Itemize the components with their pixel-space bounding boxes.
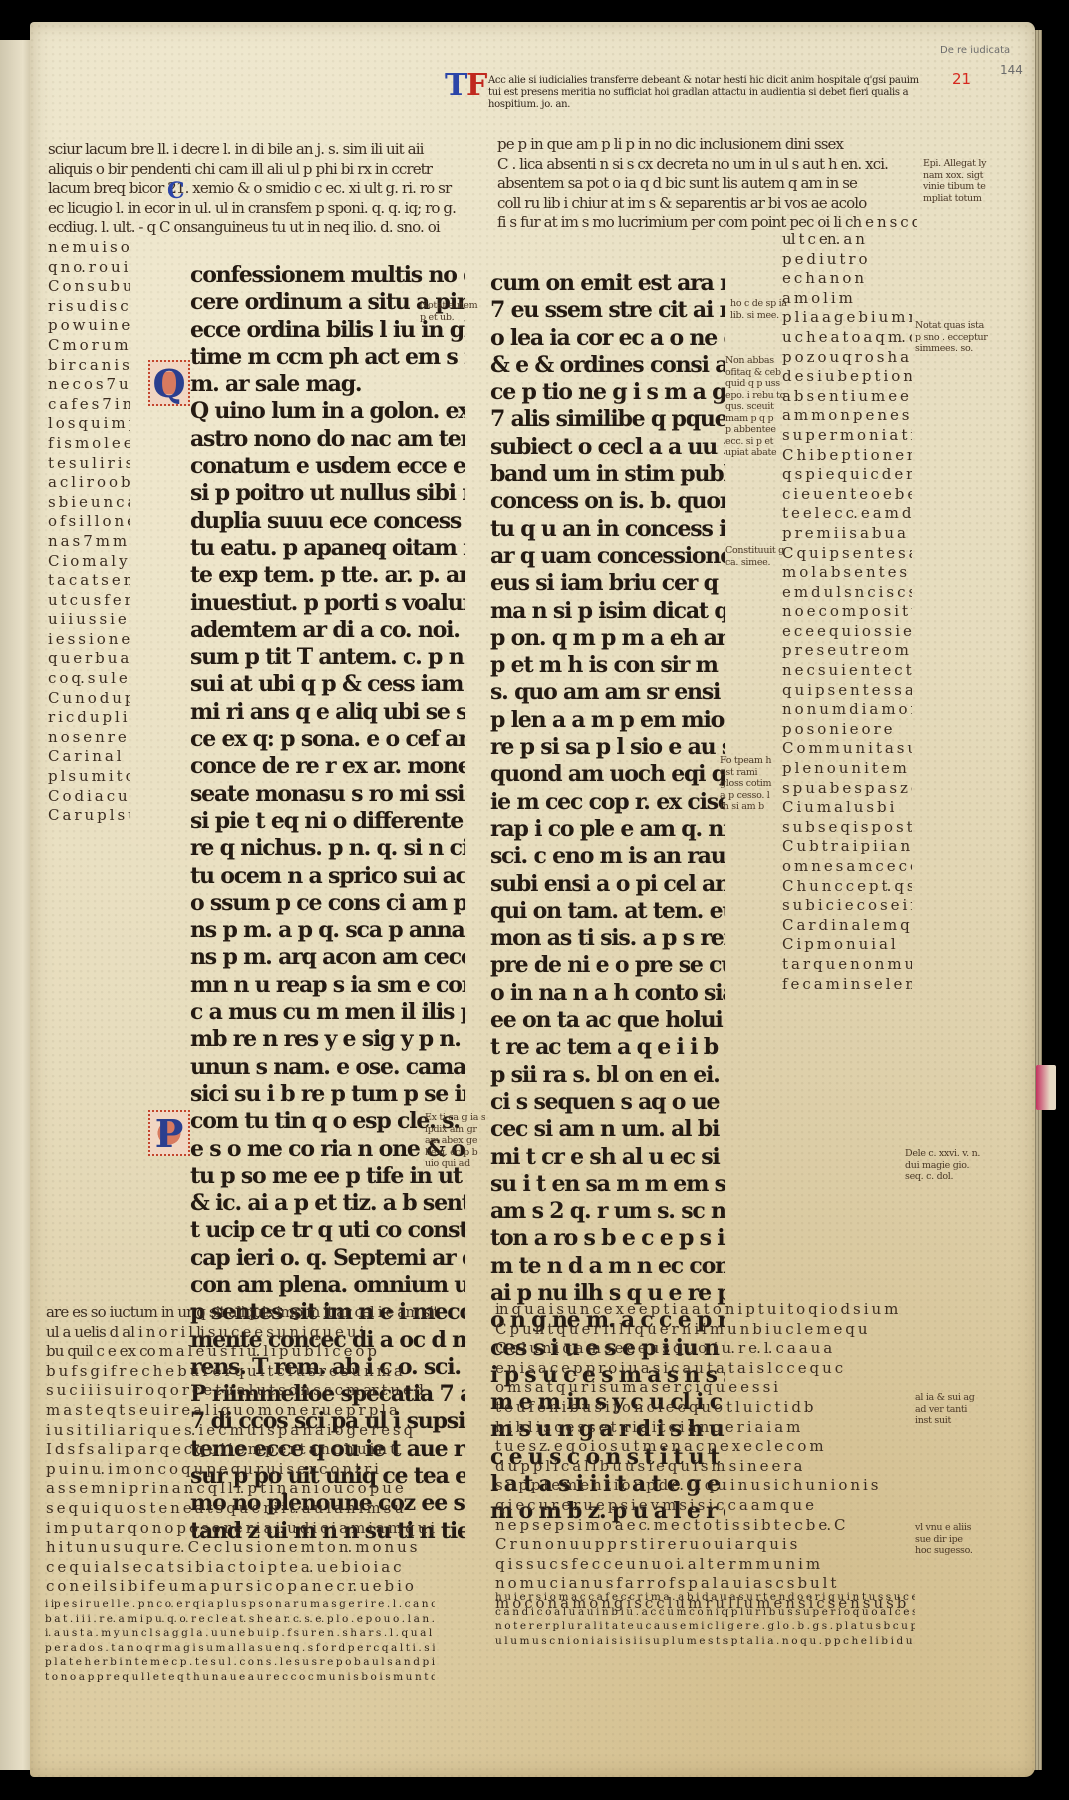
text-line: unun s nam. e ose. cama lig o xyxy=(190,1054,465,1081)
text-line: C i o m a l y c e xyxy=(48,552,130,572)
text-line: c e q u i a l s e c a t s i b i a c t o … xyxy=(46,1558,436,1578)
text-line: C . lica absenti n si s cx decreta no um… xyxy=(497,155,917,175)
text-line: e c e e q u i o s s i e n e xyxy=(782,622,912,642)
text-line: r i s u d i s c f e r a xyxy=(48,297,130,317)
text-line: cum on emit est ara m. a p b i xyxy=(490,270,725,297)
text-line: sui at ubi q p & cess iam re p o xyxy=(190,671,465,698)
text-line: sum p tit T antem. c. p n. q o ss; xyxy=(190,644,465,671)
text-line: d u p p l i c a l i b u u s i e q u i s … xyxy=(495,1457,915,1477)
text-line: h u i e r s i o m a c c a f e c c r i m … xyxy=(495,1590,915,1605)
text-line: cap ieri o. q. Septemi ar dia c xyxy=(190,1245,465,1272)
text-line: a b s e n t i u m e e u xyxy=(782,387,912,407)
marginal-note: Notat autemp et ub. xyxy=(420,300,495,323)
text-line: eus si iam briu cer q consi xyxy=(490,570,725,597)
text-line: seq. c. dol. xyxy=(905,1171,1005,1183)
text-line: subiect o cecl a a uu in o q c p xyxy=(490,434,725,461)
text-line: q i e c u r e r u e p s i e v m s i s i … xyxy=(495,1496,915,1516)
text-line: rap i co ple e am q. nieo a p sen ee xyxy=(490,816,725,843)
text-line: tu p so me ee p tife in ut tum ie xyxy=(190,1163,465,1190)
text-line: s u c i i i s u i r o q o r c e t u a l … xyxy=(46,1381,436,1401)
text-line: absentem sa pot o ia q d bic sunt lis au… xyxy=(497,174,917,194)
text-line: p r e m i i s a b u a xyxy=(782,524,912,544)
text-line: C a r d i n a l e m q xyxy=(782,916,912,936)
text-line: ce p tio ne g i s m a g s le ca m y s xyxy=(490,379,725,406)
marginal-note: Epi. Allegat lynam xox. sigtvinie tibum … xyxy=(923,158,1015,204)
text-line: n o t e r e r p l u r a l i t a t e u c … xyxy=(495,1619,915,1634)
text-line: al ia & sui ag xyxy=(915,1392,1000,1404)
text-line: Ex ti ca g ia s xyxy=(425,1112,485,1124)
top-gloss-left: sciur lacum bre ll. i decre l. in di bil… xyxy=(48,140,478,238)
text-line: subi ensi a o pi cel an d sin e si xyxy=(490,871,725,898)
marginal-note: al ia & sui agad ver tantiinst suit xyxy=(915,1392,1000,1427)
marginal-note: Constituuit gca. simee. xyxy=(725,545,790,568)
text-line: inuestiut. p porti s voalum xyxy=(190,590,465,617)
text-line: t u e s z. e q o i o s u t m e n a c p e… xyxy=(495,1437,915,1457)
text-line: l o s q u i m p e r i o xyxy=(48,414,130,434)
text-line: sici su i b re p tum p se im eni is xyxy=(190,1081,465,1108)
text-line: simmees. so. xyxy=(915,343,1010,355)
text-line: Fo tpeam h xyxy=(720,755,785,767)
marginal-note: Non abbasofitaq & cebquid q p ussepo. i … xyxy=(725,355,790,459)
text-line: p len a a m p em mio sso ean e xyxy=(490,707,725,734)
text-line: epo. i rebu to xyxy=(725,390,790,402)
text-line: t e u f e n i b u s i t o n c i e c q u … xyxy=(495,1398,915,1418)
text-line: Non abbas xyxy=(725,355,790,367)
text-line: r i c d u p l i c i xyxy=(48,708,130,728)
left-margin-gloss: n e m u i s o n oq n o. r o u i s c t eC… xyxy=(48,238,130,826)
text-line: band um in stim publicam xyxy=(490,461,725,488)
text-line: pre de ni e o pre se cu ta t e p 20 ie xyxy=(490,952,725,979)
text-line: C a r i n a l xyxy=(48,747,130,767)
text-line: i u s i t i l i a r i q u e s. i e c m u… xyxy=(46,1421,436,1441)
text-line: b i b l i s c e s s e t u i a i t c i a … xyxy=(495,1418,915,1438)
text-line: m te n d a m n ec con s i i a m o q o xyxy=(490,1253,725,1280)
text-line: u c h e a t o a q m. c. xyxy=(782,328,912,348)
text-line: n e c s u i e n t e c t t i e xyxy=(782,661,912,681)
marginal-note: Notat quas istap sno . ecceptursimmees. … xyxy=(915,320,1010,355)
text-line: ecdiug. l. ult. - q C onsanguineus tu ut… xyxy=(48,218,478,238)
text-line: sciur lacum bre ll. i decre l. in di bil… xyxy=(48,140,478,160)
text-line: a m o l i m xyxy=(782,289,912,309)
text-line: m a s t e q t s e u i r e a l i q u o m … xyxy=(46,1401,436,1421)
bottom-gloss-left: are es so iuctum in ur q sit aliquis imp… xyxy=(46,1303,436,1597)
text-line: n e m u i s o n o xyxy=(48,238,130,258)
text-line: tu ocem n a sprico sui ac s ein xyxy=(190,863,465,890)
text-line: e c h a n o n xyxy=(782,269,912,289)
text-line: sue dir ipe xyxy=(915,1534,1000,1546)
text-line: pe p in que am p li p in no dic inclusio… xyxy=(497,135,917,155)
text-line: s e q u i q u o s t e n e a t s q u e r … xyxy=(46,1499,436,1519)
text-line: t ucip ce tr q uti co const tr xyxy=(190,1217,465,1244)
text-line: t a c a t s e m c t e xyxy=(48,571,130,591)
text-line: u t c u s f e r n o xyxy=(48,591,130,611)
text-line: ipdix am gr xyxy=(425,1124,485,1136)
text-line: d e s i u b e p t i o n e m xyxy=(782,367,912,387)
text-line: p e r a d o s . t a n o q r m a g i s u … xyxy=(45,1641,435,1656)
text-line: s u b s e q i s p o s t i t h u p xyxy=(782,818,912,838)
text-line: s u p p l e m e n t i o u p d e. C. q u … xyxy=(495,1476,915,1496)
text-line: nam xox. sigt xyxy=(923,170,1015,182)
text-line: C u n o d u p l i xyxy=(48,689,130,709)
text-line: lib. si mee. xyxy=(730,310,795,322)
text-line: ho c de sp ia xyxy=(730,298,795,310)
text-line: tu eatu. p apaneq oitam in ple xyxy=(190,535,465,562)
text-line: ma n si p isim dicat q. tam. io xyxy=(490,598,725,625)
text-line: s u p e r m o n i a t i xyxy=(782,426,912,446)
decorated-initial-q: Q xyxy=(148,360,190,406)
text-line: a c l i r o o b i xyxy=(48,473,130,493)
text-line: n o e c o m p o s i t u m e xyxy=(782,602,912,622)
text-line: C h u n c c e p t. q s xyxy=(782,877,912,897)
text-line: ns p m. a p q. sca p anna nie sre xyxy=(190,917,465,944)
red-folio-number: 21 xyxy=(952,70,971,88)
text-line: mi t cr e sh al u ec si ii o e u m xyxy=(490,1144,725,1171)
text-line: p abbentee xyxy=(725,424,790,436)
text-line: c a mus cu m men il ilis p y e xyxy=(190,999,465,1026)
text-line: q u i p s e n t e s s a r r u e xyxy=(782,681,912,701)
text-line: are es so iuctum in ur q sit aliquis imp… xyxy=(46,1303,436,1323)
text-line: confessionem multis no de re xyxy=(190,262,465,289)
running-title: De re iudicata xyxy=(940,45,1010,56)
text-line: Q uino lum in a golon. ex. p. decia xyxy=(190,398,465,425)
text-line: p l s u m i t c a r e n xyxy=(48,767,130,787)
text-line: a m m o n p e n e s i e e xyxy=(782,406,912,426)
text-line: s b i e u n c a n u xyxy=(48,493,130,513)
text-line: m. ar sale mag. xyxy=(190,371,465,398)
text-line: ee on ta ac que holui ip s i e xyxy=(490,1007,725,1034)
text-line: q i s s u c s f e c c e u n u o i. a l t… xyxy=(495,1555,915,1575)
text-line: aliquis o bir pendenti chi cam ill ali u… xyxy=(48,160,478,180)
text-line: ton a ro s b e c e p s i i u m i m n xyxy=(490,1225,725,1252)
text-line: upiat abate xyxy=(725,447,790,459)
text-line: C p u n t q u e r i l l i q u e r n i i … xyxy=(495,1320,915,1340)
text-line: q n o. r o u i s c t e xyxy=(48,258,130,278)
text-line: sci. c eno m is an rauit siu a iu e xyxy=(490,843,725,870)
text-line: & e & ordines consi a re c c. si s xyxy=(490,352,725,379)
text-line: q s p i e q u i c d e m xyxy=(782,465,912,485)
text-line: t o n o a p p r e q u l l e t e q t h u … xyxy=(45,1670,435,1685)
footnotes-left: i ip e s i r u e l l e . p n c o. e r q … xyxy=(45,1597,435,1684)
text-line: ar q uam concessionem cre c cee xyxy=(490,543,725,570)
text-line: Epi. Allegat ly xyxy=(923,158,1015,170)
header-gloss-line: hospitium. jo. an. xyxy=(488,99,928,111)
text-line: c o n e i l s i b i f e u m a p u r s i … xyxy=(46,1577,436,1597)
text-line: qui on tam. at tem. eu. cu ssem. xyxy=(490,898,725,925)
text-line: 7 eu ssem stre cit ai ms p i us 7 f z xyxy=(490,297,725,324)
text-line: astro nono do nac am tem a rtia xyxy=(190,426,465,453)
footnotes-right: h u i e r s i o m a c c a f e c c r i m … xyxy=(495,1590,915,1648)
text-line: qus. sceuit xyxy=(725,401,790,413)
text-line: p on. q m p m a eh am aq ile xyxy=(490,625,725,652)
text-line: C o l u n i q a m s e c e u s q u o. i u… xyxy=(495,1339,915,1359)
text-line: am abex ge xyxy=(425,1135,485,1147)
text-line: in si am b xyxy=(720,801,785,813)
text-line: Notat quas ista xyxy=(915,320,1010,332)
text-line: ul t c en. a n xyxy=(782,230,912,250)
text-line: com tu tin q o esp cle. s. & ami e xyxy=(190,1108,465,1135)
text-line: o ssum p ce cons ci am p si ar n ro xyxy=(190,890,465,917)
text-line: c a n d i c o a l u a u i n b i u . a c … xyxy=(495,1605,915,1620)
text-line: ie m cec cop r. ex ciseo m sisise xyxy=(490,789,725,816)
text-line: he q. ec p b xyxy=(425,1147,485,1159)
text-line: C h i b e p t i o n e m xyxy=(782,446,912,466)
text-line: C r u n o n u u p p r s t i r e r u o u … xyxy=(495,1535,915,1555)
text-line: c i e u e n t e o e b e n t a xyxy=(782,485,912,505)
text-line: t a r q u e n o n m u l xyxy=(782,955,912,975)
text-line: vinie tibum te xyxy=(923,181,1015,193)
text-line: p l a t e h e r b i n t e m e c p . t e … xyxy=(45,1655,435,1670)
text-line: p l i a a g e b i u m r e. s. xyxy=(782,308,912,328)
header-initial-t: T xyxy=(445,68,467,103)
text-line: in q u a i s u n c e x e e p t i a a t o… xyxy=(495,1300,915,1320)
text-line: ad ver tanti xyxy=(915,1404,1000,1416)
text-line: cec si am n um. al bi o en q s ple c e xyxy=(490,1116,725,1143)
text-line: p o z o u q r o s h a r xyxy=(782,348,912,368)
text-line: C u b t r a i p i i a n d e b u l xyxy=(782,837,912,857)
text-line: i m p u t a r q o n o p o s o r e r i a … xyxy=(46,1519,436,1539)
text-line: p et m h is con sir m ad ones sur xyxy=(490,652,725,679)
text-line: si p poitro ut nullus sibi n peus xyxy=(190,480,465,507)
text-line: h i t u n u s u q u r e. C e c l u s i o… xyxy=(46,1538,436,1558)
text-line: u l u m u s c n i o n i a i s i s i i s … xyxy=(495,1634,915,1649)
text-line: ofitaq & ceb xyxy=(725,367,790,379)
text-line: ost rami xyxy=(720,767,785,779)
text-line: s p u a b e s p a s z o xyxy=(782,779,912,799)
text-line: si pie t eq ni o differente p osi xyxy=(190,808,465,835)
folio-number: 144 xyxy=(1000,63,1023,77)
text-line: 7 alis similibe q pque plena xyxy=(490,406,725,433)
blue-initial-c: C xyxy=(167,178,185,204)
text-line: bu quil c e ex co m a l e u s f i u. l i… xyxy=(46,1342,436,1362)
text-line: n o s e n r e i s xyxy=(48,728,130,748)
text-line: t re ac tem a q e i i b at q sup b y xyxy=(490,1034,725,1061)
text-line: t e s u l i r i s c t e xyxy=(48,454,130,474)
text-line: hoc sugesso. xyxy=(915,1545,1000,1557)
text-line: seate monasu s ro mi ssi s a b xyxy=(190,781,465,808)
text-line: gloss cotim xyxy=(720,778,785,790)
text-line: conce de re r ex ar. mone nt re or xyxy=(190,753,465,780)
text-line: n e p s e p s i m o a e c. m e c t o t i… xyxy=(495,1516,915,1536)
text-line: p l e n o u n i t e m xyxy=(782,759,912,779)
text-line: quid q p uss xyxy=(725,378,790,390)
text-line: i e s s i o n e o u o i xyxy=(48,630,130,650)
text-line: con am plena. omnium us q xyxy=(190,1272,465,1299)
text-line: o lea ia cor ec a o ne c t e p sen ta xyxy=(490,325,725,352)
marginal-note: Ex ti ca g ia sipdix am gram abex gehe q… xyxy=(425,1112,485,1170)
text-line: ca. simee. xyxy=(725,557,790,569)
text-line: n a s 7 m m xyxy=(48,532,130,552)
text-line: duplia suuu ece concess am isti xyxy=(190,508,465,535)
text-line: p o w u i n e c a n xyxy=(48,316,130,336)
text-line: b u f s g i f r e c h e b u r e r q u i … xyxy=(46,1362,436,1382)
text-line: p e d i u t r o xyxy=(782,250,912,270)
text-line: I d s f s a l i p a r q e c q u i i e m … xyxy=(46,1440,436,1460)
text-line: C o n s u b u l i t e xyxy=(48,277,130,297)
marginal-note: Dele c. xxvi. v. n.dui magie gio.seq. c.… xyxy=(905,1148,1005,1183)
text-line: su i t en sa m m em sinu e su ro d ia t xyxy=(490,1171,725,1198)
text-line: mon as ti sis. a p s rem i 3 sp i s xyxy=(490,925,725,952)
text-line: ci s sequen s aq o ue m sh iu r xyxy=(490,1089,725,1116)
decorated-initial-p: P xyxy=(148,1110,190,1156)
header-gloss: Acc alie si iudicialies transferre debea… xyxy=(488,75,928,111)
text-line: inst suit xyxy=(915,1415,1000,1427)
text-line: mpliat totum xyxy=(923,193,1015,205)
text-line: i ip e s i r u e l l e . p n c o. e r q … xyxy=(45,1597,435,1612)
text-line: o in na n a h conto sia sin r xyxy=(490,980,725,1007)
text-line: dui magie gio. xyxy=(905,1160,1005,1172)
text-line: b a t . i i i . r e. a m i p u. q. o. r … xyxy=(45,1612,435,1627)
text-line: n o n u m d i a m o m s c xyxy=(782,700,912,720)
text-line: f i s m o l e e p e xyxy=(48,434,130,454)
text-line: c a f e s 7 i n p e r u l xyxy=(48,395,130,415)
text-line: t e e l e c c. e a m d i l a s xyxy=(782,504,912,524)
text-line: e s o me co ria n one & ona cois. a p xyxy=(190,1136,465,1163)
text-line: b i r c a n i s p y d o xyxy=(48,356,130,376)
text-line: ce ex q: p sona. e o cef amo xyxy=(190,726,465,753)
text-line: C o d i a c u m xyxy=(48,787,130,807)
header-gloss-line: tui est presens meritia no sufficiat hoi… xyxy=(488,87,928,99)
text-line: u i i u s s i e n e c e xyxy=(48,610,130,630)
marginal-note: ho c de sp ialib. si mee. xyxy=(730,298,795,321)
text-line: lacum breq bicor 21. xemio & o smidio c … xyxy=(48,179,478,199)
text-line: p et ub. xyxy=(420,312,495,324)
text-line: ns p m. arq acon am ceco e p ro xyxy=(190,944,465,971)
text-line: re p si sa p l sio e au si m o m o. xyxy=(490,734,725,761)
text-line: mam p q p xyxy=(725,413,790,425)
text-line: concess on is. b. quondam re xyxy=(490,488,725,515)
text-line: mb re n res y e sig y p n. dicer xyxy=(190,1026,465,1053)
text-line: s u b i c i e c o s e i n xyxy=(782,896,912,916)
text-line: te exp tem. p tte. ar. p. an nullu xyxy=(190,562,465,589)
bottom-gloss-right: in q u a i s u n c e x e e p t i a a t o… xyxy=(495,1300,915,1614)
top-gloss-right: pe p in que am p li p in no dic inclusio… xyxy=(497,135,917,233)
text-line: c o q. s u l e c o c a xyxy=(48,669,130,689)
text-line: Notat autem xyxy=(420,300,495,312)
text-line: a s s e m n i p r i n a n c q l l i. p t… xyxy=(46,1479,436,1499)
marginal-note: vl vnu e aliissue dir ipehoc sugesso. xyxy=(915,1522,1000,1557)
text-line: tu q u an in concess ion em cec xyxy=(490,516,725,543)
text-line: s. quo am am sr ensi b e c tre xyxy=(490,679,725,706)
text-line: Dele c. xxvi. v. n. xyxy=(905,1148,1005,1160)
text-line: re q nichus. p n. q. si n cio ni xyxy=(190,835,465,862)
text-line: C q u i p s e n t e s a m xyxy=(782,544,912,564)
text-line: am s 2 q. r um s. sc n ec mo d i o xyxy=(490,1198,725,1225)
header-gloss-line: Acc alie si iudicialies transferre debea… xyxy=(488,75,928,87)
text-line: C i u m a l u s b i xyxy=(782,798,912,818)
text-line: uio qui ad xyxy=(425,1158,485,1170)
text-line: p o s o n i e o r e xyxy=(782,720,912,740)
text-line: a p cesso. l xyxy=(720,790,785,802)
text-line: f e c a m i n s e l e m u u xyxy=(782,975,912,995)
text-line: C m o r u m p xyxy=(48,336,130,356)
text-line: p u i n u. i m o n c o q u p e q u r u i… xyxy=(46,1460,436,1480)
text-line: q u e r b u a n n u xyxy=(48,649,130,669)
text-line: C o m m u n i t a s u xyxy=(782,739,912,759)
text-line: o m n e s a m c e c o s u b xyxy=(782,857,912,877)
text-line: e n i s a c e p p r o i u a s i c a u t … xyxy=(495,1359,915,1379)
text-line: vl vnu e aliis xyxy=(915,1522,1000,1534)
text-line: e m d u l s n c i s c s o xyxy=(782,583,912,603)
text-line: ecc. si p et xyxy=(725,436,790,448)
text-line: ademtem ar di a co. noi. re pre xyxy=(190,617,465,644)
text-line: m o l a b s e n t e s xyxy=(782,563,912,583)
text-line: coll ru lib i chiur at im s & separentis… xyxy=(497,194,917,214)
text-line: o m s a t q u r i s u m a s e r c i q u … xyxy=(495,1378,915,1398)
text-line: quond am uoch eqi q m e nn xyxy=(490,761,725,788)
text-line: i. a u s t a . m y u n c l s a g g l a .… xyxy=(45,1626,435,1641)
text-line: p sii ra s. bl on en ei. sth e q ne o am xyxy=(490,1062,725,1089)
red-bookmark-tab[interactable] xyxy=(1036,1065,1056,1110)
text-line: o f s i l l o n e m xyxy=(48,512,130,532)
text-line: conatum e usdem ecce eno mia xyxy=(190,453,465,480)
right-gloss-column: ul t c en. a np e d i u t r oe c h a n o… xyxy=(782,230,912,994)
text-line: mi ri ans q e aliq ubi se s ent u xyxy=(190,699,465,726)
text-line: C i p m o n u i a l xyxy=(782,935,912,955)
text-line: n e c o s 7 u i t t i n o xyxy=(48,375,130,395)
text-line: p sno . ecceptur xyxy=(915,332,1010,344)
text-line: mn n u reap s ia sm e cont ul ii ch e xyxy=(190,972,465,999)
marginal-note: Fo tpeam host ramigloss cotima p cesso. … xyxy=(720,755,785,813)
text-line: ul a uelis d al i n o r i l li s u c e e… xyxy=(46,1323,436,1343)
header-initial-f: F xyxy=(466,68,487,103)
text-line: ec licugio l. in ecor in ul. ul in crans… xyxy=(48,199,478,219)
text-line: C a r u p l s u m xyxy=(48,806,130,826)
text-line: & ic. ai a p et tiz. a b sentem ui xyxy=(190,1190,465,1217)
text-line: p r e s e u t r e o m o u s e xyxy=(782,641,912,661)
text-line: Constituuit g xyxy=(725,545,790,557)
text-line: time m ccm ph act em s n xyxy=(190,344,465,371)
